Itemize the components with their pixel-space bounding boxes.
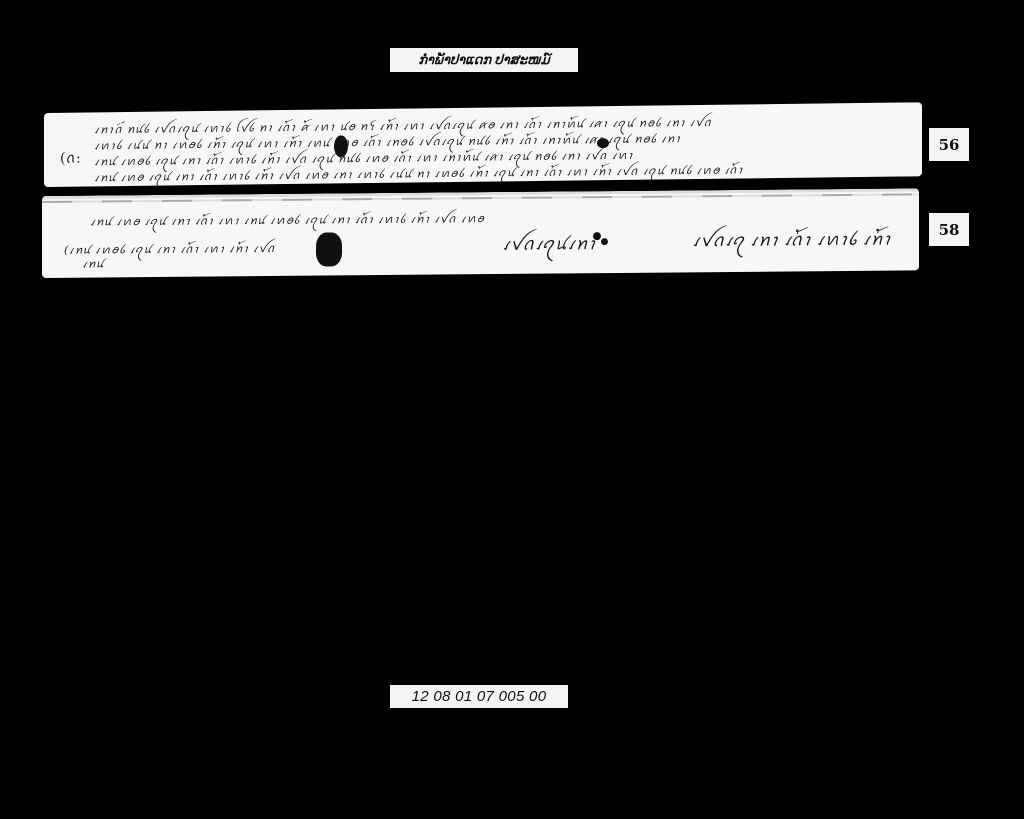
ink-stain: [316, 232, 342, 266]
ink-stain: [593, 232, 601, 240]
palm-leaf-page-56: (ꪒ: ꪹꪀꪱꪒꪾ ꪀꪙꪉ ꪹꪜꪒꪹꪖꪙ ꪹꪕꪱꪉ ꪶꪜꪉ ꪀꪱ ꪹꪒꪳꪱ ꪁꪳ…: [44, 102, 922, 187]
manuscript-line: ꪹꪀꪙ: [82, 252, 142, 277]
manuscript-line: ꪹꪀꪙ ꪹꪕꪮ ꪹꪖꪙ ꪹꪀꪱ ꪹꪒꪳꪱ ꪹꪕꪱ ꪹꪀꪙ ꪹꪕꪮꪉ ꪹꪖꪙ ꪹꪀ…: [90, 205, 690, 234]
page-number-label: 56: [929, 128, 969, 161]
document-id-label: 12 08 01 07 005 00: [390, 685, 568, 708]
document-id-text: 12 08 01 07 005 00: [412, 688, 547, 705]
page-number-text: 58: [939, 221, 960, 239]
page-number-label: 58: [929, 213, 969, 246]
ink-stain: [334, 135, 348, 157]
palm-leaf-page-58: ꪹꪀꪙ ꪹꪕꪮ ꪹꪖꪙ ꪹꪀꪱ ꪹꪒꪳꪱ ꪹꪕꪱ ꪹꪀꪙ ꪹꪕꪮꪉ ꪹꪖꪙ ꪹꪀ…: [42, 188, 919, 278]
large-script-text: ꪹꪜꪒꪹꪖ ꪹꪀꪱ ꪹꪒꪳꪱ ꪹꪕꪱꪉ ꪹꪀꪳꪱ: [692, 224, 891, 261]
large-script-text: ꪹꪜꪒꪹꪖꪙꪹꪀꪱ: [502, 228, 596, 264]
collection-title-text: ກຳພັາປາແດກ ປາສະໜມ໌: [418, 52, 549, 68]
collection-title-label: ກຳພັາປາແດກ ປາສະໜມ໌: [390, 48, 578, 72]
page-number-text: 56: [939, 136, 960, 154]
ink-stain: [601, 238, 608, 245]
margin-mark: (ꪒ:: [60, 145, 81, 174]
